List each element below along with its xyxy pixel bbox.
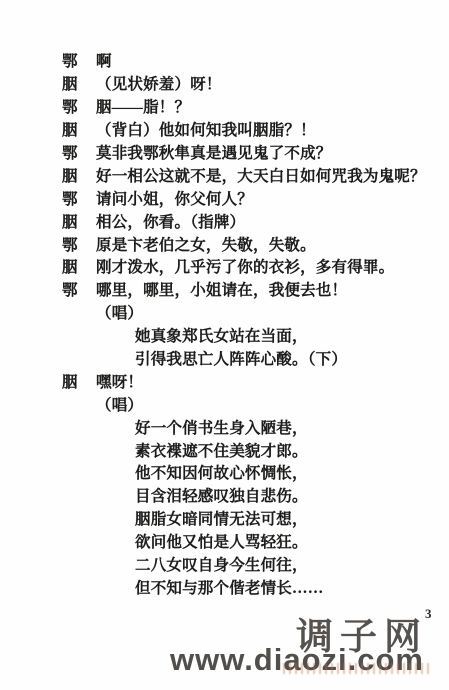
script-line: 胭（见状娇羞）呀！ [0,72,449,95]
dialogue-text: 胭——脂！？ [96,95,190,117]
script-line: 鄂请问小姐，你父何人？ [0,186,449,209]
verse-line-text: 二八女叹自身今生何往， [135,553,308,575]
stage-direction-text: （唱） [96,393,143,415]
script-line: 胭相公，你看。（指牌） [0,209,449,232]
script-line: 素衣褋遮不住美貌才郎。 [0,438,449,461]
speaker-label: 胭 [62,210,96,232]
dialogue-text: 请问小姐，你父何人？ [96,187,253,209]
speaker-label: 胭 [62,164,96,186]
speaker-label: 鄂 [62,95,96,117]
dialogue-text: 哪里，哪里，小姐请在，我便去也！ [96,278,347,300]
script-line: 鄂莫非我鄂秋隼真是遇见鬼了不成？ [0,141,449,164]
speaker-label: 鄂 [62,233,96,255]
script-line: 欲问他又怕是人骂轻狂。 [0,530,449,553]
verse-line-text: 引得我思亡人阵阵心酸。（下） [135,347,347,369]
script-line: 但不知与那个偕老情长…… [0,575,449,598]
verse-line-text: 他不知因何故心怀惆怅， [135,461,308,483]
speaker-label: 胭 [62,72,96,94]
speaker-label: 胭 [62,370,96,392]
speaker-label: 鄂 [62,49,96,71]
script-line: 胭好一相公这就不是，大天白日如何咒我为鬼呢？ [0,163,449,186]
stage-direction-text: （唱） [96,301,143,323]
watermark-orange-fragments [283,663,433,674]
script-line: 鄂啊 [0,49,449,72]
speaker-label: 胭 [62,255,96,277]
script-line: 胭嘿呀！ [0,369,449,392]
speaker-label: 胭 [62,118,96,140]
dialogue-text: 原是卞老伯之女，失敬，失敬。 [96,233,316,255]
script-line: 胭刚才泼水，几乎污了你的衣衫，多有得罪。 [0,255,449,278]
dialogue-text: 啊 [96,49,112,71]
script-line: 鄂哪里，哪里，小姐请在，我便去也！ [0,278,449,301]
dialogue-text: 莫非我鄂秋隼真是遇见鬼了不成？ [96,141,332,163]
verse-line-text: 目含泪轻感叹独自悲伤。 [135,484,308,506]
dialogue-text: （背白）他如何知我叫胭脂？！ [96,118,316,140]
dialogue-text: 好一相公这就不是，大天白日如何咒我为鬼呢？ [96,164,426,186]
verse-line-text: 她真象郑氏女站在当面， [135,324,308,346]
verse-line-text: 欲问他又怕是人骂轻狂。 [135,530,308,552]
dialogue-text: （见状娇羞）呀！ [96,72,222,94]
script-line: 好一个俏书生身入陋巷， [0,415,449,438]
dialogue-text: 刚才泼水，几乎污了你的衣衫，多有得罪。 [96,255,394,277]
dialogue-text: 相公，你看。（指牌） [96,210,245,232]
script-line: 他不知因何故心怀惆怅， [0,461,449,484]
verse-line-text: 但不知与那个偕老情长…… [135,576,323,598]
verse-line-text: 素衣褋遮不住美貌才郎。 [135,439,308,461]
speaker-label: 鄂 [62,141,96,163]
verse-line-text: 好一个俏书生身入陋巷， [135,416,308,438]
scanned-script-page: 鄂啊胭（见状娇羞）呀！鄂胭——脂！？胭（背白）他如何知我叫胭脂？！鄂莫非我鄂秋隼… [0,0,449,690]
script-line: 鄂胭——脂！？ [0,95,449,118]
verse-line-text: 胭脂女暗同情无法可想， [135,507,308,529]
script-line: 目含泪轻感叹独自悲伤。 [0,484,449,507]
dialogue-text: 嘿呀！ [96,370,143,392]
script-line: 胭（背白）他如何知我叫胭脂？！ [0,118,449,141]
script-text-block: 鄂啊胭（见状娇羞）呀！鄂胭——脂！？胭（背白）他如何知我叫胭脂？！鄂莫非我鄂秋隼… [0,49,449,598]
script-line: （唱） [0,301,449,324]
script-line: 引得我思亡人阵阵心酸。（下） [0,347,449,370]
speaker-label: 鄂 [62,187,96,209]
speaker-label: 鄂 [62,278,96,300]
script-line: （唱） [0,392,449,415]
script-line: 鄂原是卞老伯之女，失敬，失敬。 [0,232,449,255]
script-line: 二八女叹自身今生何往， [0,553,449,576]
script-line: 胭脂女暗同情无法可想， [0,507,449,530]
script-line: 她真象郑氏女站在当面， [0,324,449,347]
